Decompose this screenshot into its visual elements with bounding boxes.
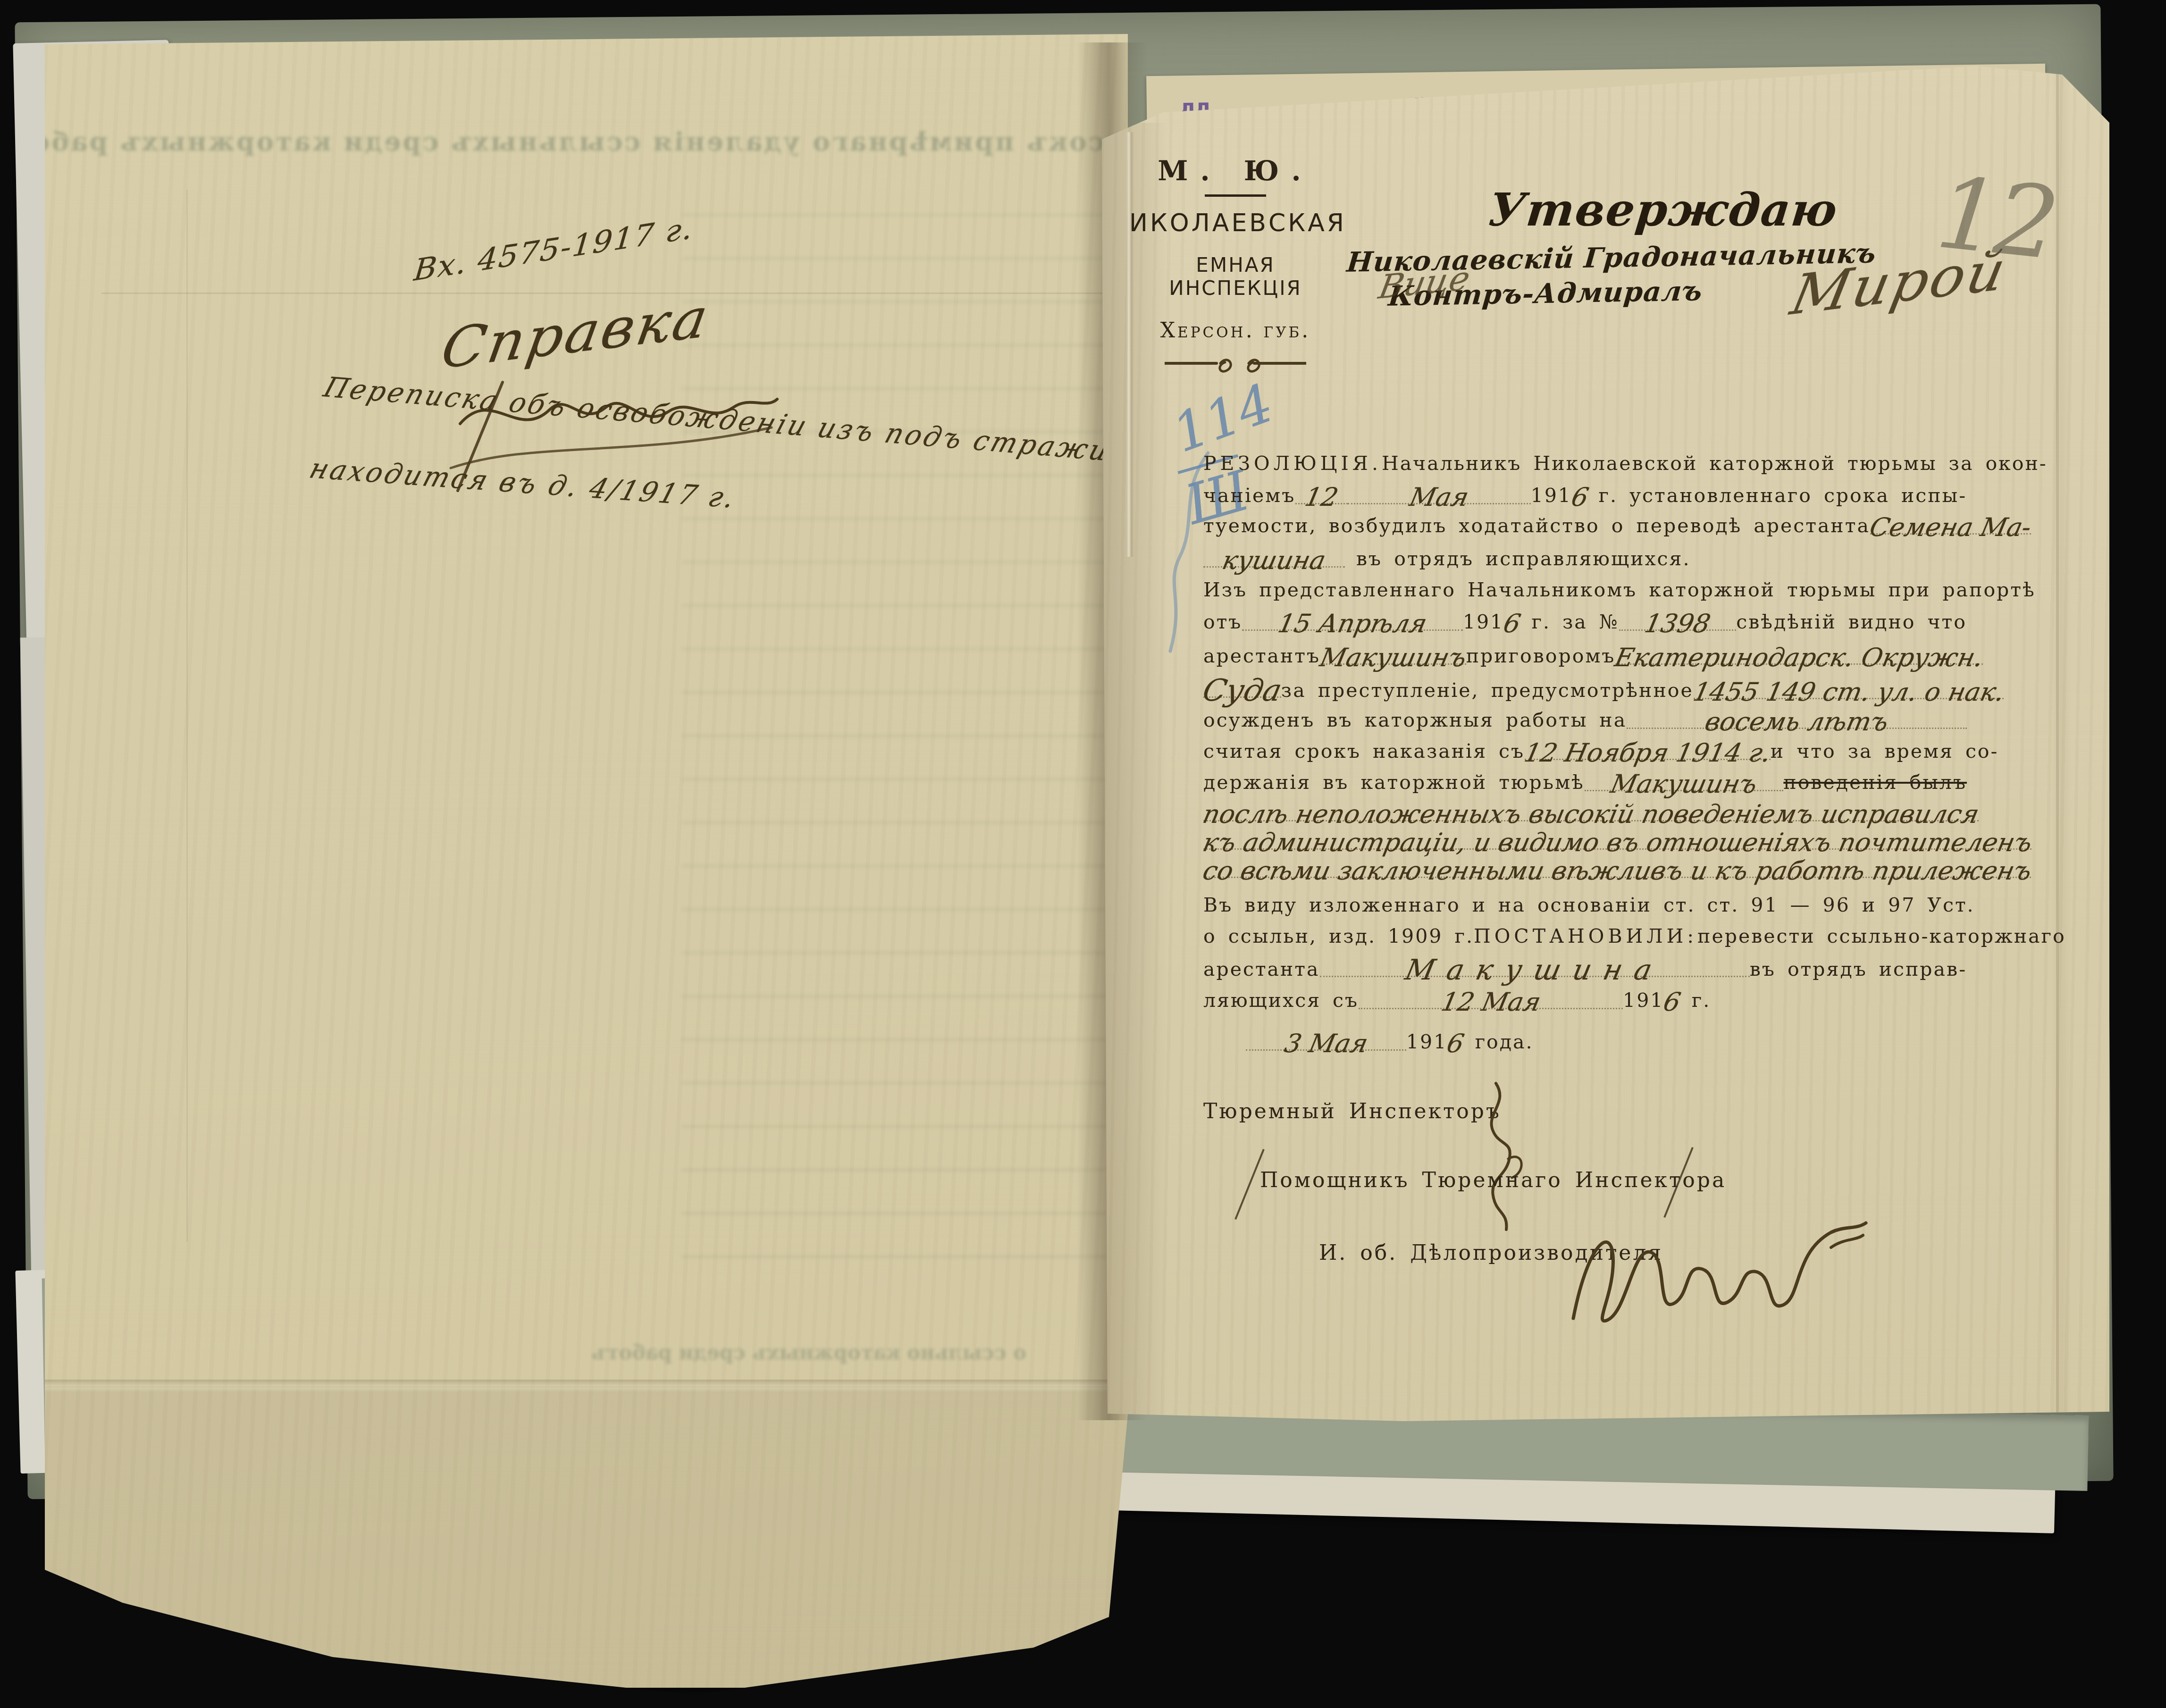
body-line: Изъ представленнаго Начальникомъ каторжн… [1203, 578, 1967, 601]
hw-year-digit: 6 [1502, 614, 1522, 633]
hw-prisoner-firstname: Семена Ма- [1868, 518, 2033, 537]
assistant-signature-row: Помощникъ Тюремнаго Инспектора [1260, 1168, 2023, 1192]
body-line: Въ виду изложеннаго и на основаніи ст. с… [1203, 894, 1967, 916]
body-line: арестанта Макушина въ отрядъ исправ- [1203, 957, 1967, 980]
hw-report-number: 1398 [1643, 614, 1712, 633]
inspection-stamp: М. Ю. ИКОЛАЕВСКАЯ ЕМНАЯ ИНСПЕКЦІЯ Херсон… [1129, 155, 1342, 385]
hw-prisoner-name-cont: кушина [1221, 551, 1327, 570]
hw-year-digit: 6 [1445, 1034, 1466, 1053]
hw-month: Мая [1408, 488, 1470, 507]
hw-report-date: 15 Апрѣля [1276, 614, 1428, 633]
body-line: ляющихся съ 12 Мая 1916 г. [1203, 989, 1967, 1012]
body-line: кушина въ отрядъ исправляющихся. [1203, 547, 1967, 570]
hw-court-name-cont: Суда [1201, 681, 1283, 700]
right-edge-crease [2056, 66, 2059, 1420]
body-line: осужденъ въ каторжныя работы на восемь л… [1203, 709, 1967, 731]
hw-court-name: Екатеринодарск. Окружн. [1613, 648, 1985, 667]
inspector-signature-row: Тюремный Инспекторъ [1203, 1099, 1967, 1123]
hw-sentence-term: восемь лѣтъ [1704, 712, 1890, 731]
body-line: арестантъ Макушинъ приговоромъ Екатерино… [1203, 645, 1967, 667]
hw-conduct-line3: со всѣми заключенными вѣжливъ и къ работ… [1201, 862, 2033, 880]
body-line-handwritten: со всѣми заключенными вѣжливъ и къ работ… [1203, 858, 1967, 878]
stamp-ministry: М. Ю. [1129, 155, 1342, 187]
body-line: считая срокъ наказанія съ 12 Ноября 1914… [1203, 740, 1967, 762]
body-line: туемости, возбудилъ ходатайство о перево… [1203, 514, 1967, 537]
showthrough-heading: исокъ примѣрнаго удаленія ссыльныхъ сред… [153, 126, 1125, 157]
struck-out-text: поведенія былъ [1783, 771, 1967, 794]
crease-line [101, 293, 1128, 294]
showthrough-footer: о ссыльно каторжныхъ среди работъ [460, 1341, 1026, 1364]
showthrough-table-rows [682, 213, 1107, 1275]
body-line-handwritten: къ администраціи, и видимо въ отношеніях… [1203, 829, 1967, 850]
body-line: чаніемъ 12 Мая 1916 г. установленнаго ср… [1203, 484, 1967, 507]
hw-year-digit: 6 [1662, 993, 1682, 1012]
approve-heading: Утверждаю [1486, 183, 1822, 236]
hw-day: 12 [1303, 488, 1340, 507]
pencil-mark: 12 [1931, 155, 2059, 282]
inspector-signature-stroke [1463, 1080, 1534, 1240]
hw-conduct-line2: къ администраціи, и видимо въ отношеніях… [1201, 833, 2034, 852]
hw-document-date: 3 Мая [1283, 1034, 1369, 1053]
body-line-handwritten: послѣ неположенныхъ высокій поведеніемъ … [1203, 801, 1967, 821]
resolution-label: РЕЗОЛЮЦІЯ. [1203, 452, 1382, 475]
hw-surname: Макушинъ [1318, 648, 1468, 667]
stamp-divider [1205, 194, 1266, 197]
document-date-line: 3 Мая 1916 года. [1246, 1030, 1671, 1053]
hw-surname: Макушинъ [1609, 775, 1759, 794]
hw-year-digit: 6 [1570, 488, 1590, 507]
showthrough-table-border [186, 190, 188, 1242]
body-line: Суда за преступленіе, предусмотрѣнное 14… [1203, 678, 1967, 702]
hw-conduct-line1: послѣ неположенныхъ высокій поведеніемъ … [1201, 805, 1981, 824]
inspector-label: Тюремный Инспекторъ [1203, 1099, 1501, 1123]
right-page-document: М. Ю. ИКОЛАЕВСКАЯ ЕМНАЯ ИНСПЕКЦІЯ Херсон… [1102, 66, 2109, 1425]
body-line: о ссыльн, изд. 1909 г. ПОСТАНОВИЛИ: пере… [1203, 925, 1967, 947]
assistant-label: Помощникъ Тюремнаго Инспектора [1260, 1168, 1726, 1192]
body-line: держанія въ каторжной тюрьмѣ Макушинъ по… [1203, 771, 1967, 794]
body-line: РЕЗОЛЮЦІЯ. Начальникъ Николаевской катор… [1203, 452, 1967, 475]
folded-bottom-tint [45, 1386, 1128, 1688]
postanovili-label: ПОСТАНОВИЛИ: [1474, 925, 1697, 947]
archival-scan: исокъ примѣрнаго удаленія ссыльныхъ сред… [0, 0, 2166, 1708]
stamp-org-line1: ИКОЛАЕВСКАЯ [1129, 209, 1342, 237]
stamp-region: Херсон. губ. [1129, 318, 1342, 343]
clerk-signature-stroke [1567, 1202, 1873, 1348]
stamp-org-line2: ЕМНАЯ ИНСПЕКЦІЯ [1129, 253, 1342, 300]
body-line: отъ 15 Апрѣля 1916 г. за № 1398 свѣдѣній… [1203, 611, 1967, 633]
hw-sentence-start-date: 12 Ноября 1914 г. [1523, 744, 1772, 762]
hw-criminal-articles: 1455 149 ст. ул. о нак. [1691, 683, 2006, 702]
hw-transfer-date: 12 Мая [1439, 993, 1542, 1012]
left-page: исокъ примѣрнаго удаленія ссыльныхъ сред… [45, 34, 1128, 1688]
hw-surname: Макушина [1404, 961, 1666, 980]
stamp-flourish [1165, 355, 1306, 383]
